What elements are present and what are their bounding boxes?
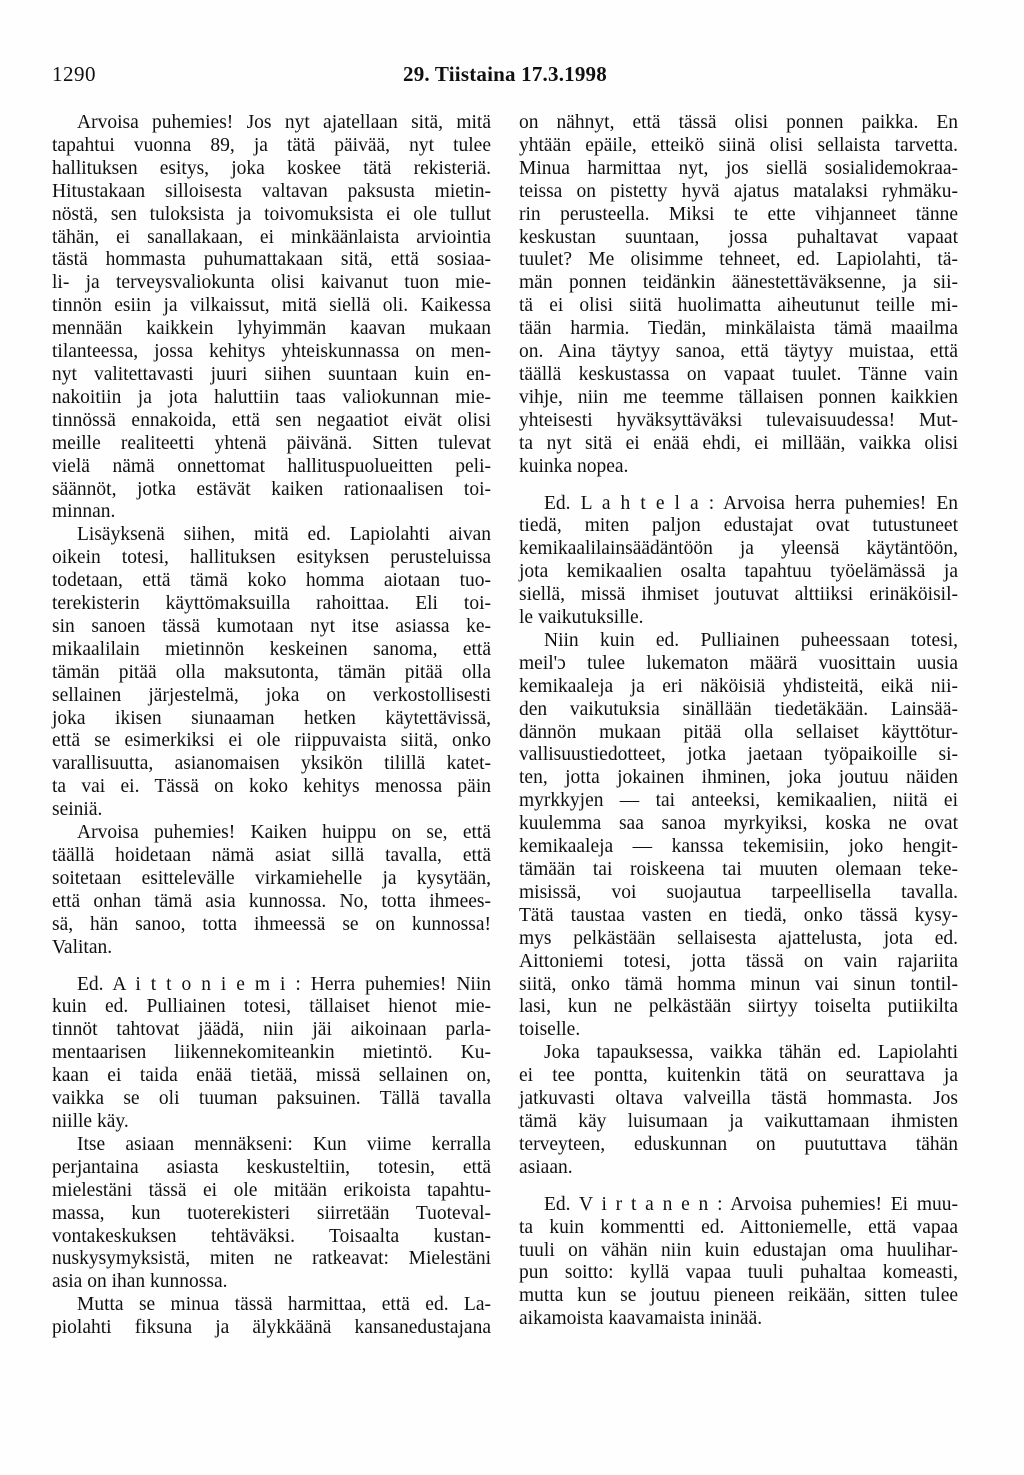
text-line: rin perusteella. Miksi te ette vihjannee… (519, 204, 958, 227)
text-line: mentaarisen liikennekomiteankin mietintö… (52, 1042, 491, 1065)
text-line: massa, kun tuoterekisteri siirretään Tuo… (52, 1203, 491, 1226)
speaker-paragraph-virtanen: Ed. V i r t a n e n : Arvoisa puhemies! … (519, 1194, 958, 1331)
page-header: 1290 29. Tiistaina 17.3.1998 (52, 62, 958, 92)
text-line: le vaikutuksille. (519, 607, 958, 630)
text-line: kuinka nopea. (519, 456, 958, 479)
text-line: nakoitiin ja jota haluttiin taas valioku… (52, 387, 491, 410)
text-line: yhteisesti hyväksyttäväksi tulevaisuudes… (519, 410, 958, 433)
text-line: tähän, ei sanallakaan, ei minkäänlaista … (52, 227, 491, 250)
text-line: tilanteessa, jossa kehitys yhteiskunnass… (52, 341, 491, 364)
text-line: nöstä, sen tuloksista ja toivomuksista e… (52, 204, 491, 227)
text-line: siellä, missä ihmiset joutuvat alttiiksi… (519, 584, 958, 607)
text-line: tään harmia. Tiedän, minkälaista tämä ma… (519, 318, 958, 341)
text-line: tämään tai roiskeena tai muuten olemaan … (519, 859, 958, 882)
text-line: hallituksen esitys, joka koskee tätä rek… (52, 158, 491, 181)
text-line: todetaan, että tämä koko homma aiotaan t… (52, 570, 491, 593)
right-column: on nähnyt, että tässä olisi ponnen paikk… (519, 112, 958, 1340)
text-line: minnan. (52, 501, 491, 524)
text-line: Ed. A i t t o n i e m i : Herra puhemies… (52, 974, 491, 997)
text-line: tinnön esiin ja vilkaissut, mitä siellä … (52, 295, 491, 318)
text-line: aikamoista kaavamaista ininää. (519, 1308, 958, 1331)
text-line: sä, hän sanoo, totta ihmeessä se on kunn… (52, 914, 491, 937)
text-line: män ponnen teidänkin äänestettäväksenne,… (519, 272, 958, 295)
speech-paragraph: Lisäyksenä siihen, mitä ed. Lapiolahti a… (52, 524, 491, 822)
document-page: 1290 29. Tiistaina 17.3.1998 Arvoisa puh… (0, 0, 1024, 1475)
text-line: vontakeskuksen tehtäväksi. Toisaalta kus… (52, 1226, 491, 1249)
text-line: että onhan tämä asia kunnossa. No, totta… (52, 891, 491, 914)
text-line: terekisterin käyttömaksuilla rahoittaa. … (52, 593, 491, 616)
text-line: joka ikisen siunaaman hetken käytettävis… (52, 708, 491, 731)
text-line: mielestäni tässä ei ole mitään erikoista… (52, 1180, 491, 1203)
text-line: mys pelkästään sellaisesta ajattelusta, … (519, 928, 958, 951)
text-line: asiaan. (519, 1157, 958, 1180)
text-line: Niin kuin ed. Pulliainen puheessaan tote… (519, 630, 958, 653)
text-line: Ed. L a h t e l a : Arvoisa herra puhemi… (519, 493, 958, 516)
text-line: Arvoisa puhemies! Kaiken huippu on se, e… (52, 822, 491, 845)
text-line: kemikaaleja — kanssa tekemisiin, joko he… (519, 836, 958, 859)
text-line: keskustan suuntaan, jossa puhaltavat vap… (519, 227, 958, 250)
text-line: tuuli on vähän niin kuin edustajan oma h… (519, 1240, 958, 1263)
text-line: mennään kaikkein lyhyimmän kaavan mukaan (52, 318, 491, 341)
speech-paragraph: Niin kuin ed. Pulliainen puheessaan tote… (519, 630, 958, 1042)
text-line: tinnössä ennakoida, että sen negaatiot e… (52, 410, 491, 433)
text-line: tapahtui vuonna 89, ja tätä päivää, nyt … (52, 135, 491, 158)
page-header-title: 29. Tiistaina 17.3.1998 (52, 62, 958, 87)
text-line: kemikaaleja ja eri näköisiä yhdisteitä, … (519, 676, 958, 699)
text-line: pun soitto: kyllä vapaa tuuli puhaltaa k… (519, 1262, 958, 1285)
speech-paragraph: Arvoisa puhemies! Jos nyt ajatellaan sit… (52, 112, 491, 524)
text-line: teissa on pistetty hyvä ajatus matalaksi… (519, 181, 958, 204)
text-line: toiselle. (519, 1019, 958, 1042)
page-body: Arvoisa puhemies! Jos nyt ajatellaan sit… (52, 112, 958, 1340)
text-line: Hitustakaan silloisesta valtavan paksust… (52, 181, 491, 204)
speech-paragraph: Arvoisa puhemies! Kaiken huippu on se, e… (52, 822, 491, 959)
text-line: kuulemma saa sanoa myrkyiksi, koska ne o… (519, 813, 958, 836)
text-line: niille käy. (52, 1111, 491, 1134)
text-line: perjantaina asiasta keskusteltiin, totes… (52, 1157, 491, 1180)
text-line: meille realiteetti yhtenä päivänä. Sitte… (52, 433, 491, 456)
text-line: piolahti fiksuna ja älykkäänä kansanedus… (52, 1317, 491, 1340)
text-line: on nähnyt, että tässä olisi ponnen paikk… (519, 112, 958, 135)
text-line: siitä, onko tämä homma minun vai sinun t… (519, 974, 958, 997)
text-line: Minua harmittaa nyt, jos siellä sosialid… (519, 158, 958, 181)
text-line: Aittoniemi totesi, jotta tässä on vain r… (519, 951, 958, 974)
text-line: Mutta se minua tässä harmittaa, että ed.… (52, 1294, 491, 1317)
text-line: tuulet? Me olisimme tehneet, ed. Lapiola… (519, 249, 958, 272)
text-line: täällä keskustassa on vapaat tuulet. Tän… (519, 364, 958, 387)
text-line: tiedä, miten paljon edustajat ovat tutus… (519, 515, 958, 538)
text-line: den vaikutuksia sinällään tiedetäkään. L… (519, 699, 958, 722)
left-column: Arvoisa puhemies! Jos nyt ajatellaan sit… (52, 112, 491, 1340)
text-line: Arvoisa puhemies! Jos nyt ajatellaan sit… (52, 112, 491, 135)
text-line: lasi, kun ne pelkästään siirtyy toiselta… (519, 996, 958, 1019)
text-line: säännöt, jotka estävät kaiken rationaali… (52, 479, 491, 502)
text-line: terveyteen, eduskunnan on puututtava täh… (519, 1134, 958, 1157)
text-line: nyt valitettavasti juuri siihen suuntaan… (52, 364, 491, 387)
text-line: tinnöt tahtovat jäädä, niin jäi aikoinaa… (52, 1019, 491, 1042)
text-line: on. Aina täytyy sanoa, että täytyy muist… (519, 341, 958, 364)
text-line: jatkuvasti oltava valveilla tästä hommas… (519, 1088, 958, 1111)
text-line: vielä nämä onnettomat hallituspuolueitte… (52, 456, 491, 479)
text-line: ten, jotta jokainen ihminen, joka joutuu… (519, 767, 958, 790)
speech-paragraph-continues: Mutta se minua tässä harmittaa, että ed.… (52, 1294, 491, 1340)
text-line: ei tee pontta, kuitenkin tätä on seuratt… (519, 1065, 958, 1088)
text-line: kemikaalilainsäädäntöön ja yleensä käytä… (519, 538, 958, 561)
text-line: soitetaan esittelevälle virkamiehelle ja… (52, 868, 491, 891)
text-line: Lisäyksenä siihen, mitä ed. Lapiolahti a… (52, 524, 491, 547)
text-line: tämä käy luisumaan ja vaikuttamaan ihmis… (519, 1111, 958, 1134)
text-line: kaan ei taida enää tietää, missä sellain… (52, 1065, 491, 1088)
text-line: jota kemikaalien osalta tapahtuu työeläm… (519, 561, 958, 584)
speaker-paragraph-aittoniemi: Ed. A i t t o n i e m i : Herra puhemies… (52, 974, 491, 1134)
speech-paragraph: Itse asiaan mennäkseni: Kun viime kerral… (52, 1134, 491, 1294)
text-line: vaikka se oli tuuman paksuinen. Tällä ta… (52, 1088, 491, 1111)
text-line: asia on ihan kunnossa. (52, 1271, 491, 1294)
text-line: mutta kun se joutuu pieneen reikään, sit… (519, 1285, 958, 1308)
text-line: mikaalilain mietinnön keskeinen sanoma, … (52, 639, 491, 662)
speaker-paragraph-lahtela: Ed. L a h t e l a : Arvoisa herra puhemi… (519, 493, 958, 630)
text-line: misissä, voi suojautua tarpeellisella ta… (519, 882, 958, 905)
text-line: tämän pitää olla maksutonta, tämän pitää… (52, 662, 491, 685)
text-line: myrkkyjen — tai anteeksi, kemikaalien, n… (519, 790, 958, 813)
text-line: Ed. V i r t a n e n : Arvoisa puhemies! … (519, 1194, 958, 1217)
text-line: vihje, niin me teemme tällaisen ponnen k… (519, 387, 958, 410)
text-line: meil'ɔ tulee lukematon määrä vuosittain … (519, 653, 958, 676)
text-line: tästä hommasta puhumattakaan sitä, että … (52, 249, 491, 272)
text-line: vallisuustiedotteet, jotka jaetaan työpa… (519, 744, 958, 767)
text-line: että se esimerkiksi ei ole riippuvaista … (52, 730, 491, 753)
text-line: seiniä. (52, 799, 491, 822)
text-line: Tätä taustaa vasten en tiedä, onko tässä… (519, 905, 958, 928)
text-line: sellainen järjestelmä, joka on verkostol… (52, 685, 491, 708)
speech-paragraph: Joka tapauksessa, vaikka tähän ed. Lapio… (519, 1042, 958, 1179)
text-line: oikein totesi, hallituksen esityksen per… (52, 547, 491, 570)
speech-paragraph-continuation: on nähnyt, että tässä olisi ponnen paikk… (519, 112, 958, 479)
text-line: varallisuutta, asianomaisen yksikön tili… (52, 753, 491, 776)
text-line: dännön mukaan pitää olla sellaiset käytt… (519, 722, 958, 745)
text-line: ta vai ei. Tässä on koko kehitys menossa… (52, 776, 491, 799)
text-line: Joka tapauksessa, vaikka tähän ed. Lapio… (519, 1042, 958, 1065)
text-line: Valitan. (52, 937, 491, 960)
text-line: li- ja terveysvaliokunta olisi kaivanut … (52, 272, 491, 295)
text-line: nuskysymyksistä, miten ne ratkeavat: Mie… (52, 1248, 491, 1271)
text-line: ta kuin kommentti ed. Aittoniemelle, ett… (519, 1217, 958, 1240)
text-line: kuin ed. Pulliainen totesi, tällaiset hi… (52, 996, 491, 1019)
text-line: sin sanoen tässä kumotaan nyt itse asias… (52, 616, 491, 639)
text-line: Itse asiaan mennäkseni: Kun viime kerral… (52, 1134, 491, 1157)
text-line: yhtään epäile, etteikö siinä olisi sella… (519, 135, 958, 158)
text-line: ta nyt sitä ei enää ehdi, ei millään, va… (519, 433, 958, 456)
text-line: tä ei olisi siitä huolimatta aiheutunut … (519, 295, 958, 318)
text-line: täällä hoidetaan nämä asiat sillä tavall… (52, 845, 491, 868)
